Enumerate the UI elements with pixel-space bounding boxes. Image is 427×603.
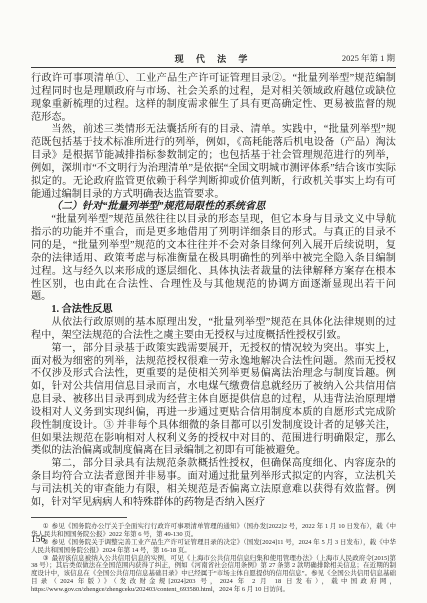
- footnote-item: ①参见《国务院办公厅关于全面实行行政许可事项清单管理的通知》（国办发[2022]…: [31, 523, 396, 539]
- issue-label: 2025 年第 1 期: [342, 52, 395, 64]
- article-body: 行政许可事项清单①、工业产品生产许可证管理目录②。“批量列举型”规范编制过程同时…: [31, 73, 396, 510]
- section-heading: （二）针对“批量列举型”规范局限性的系统省思: [31, 201, 396, 214]
- footnote-separator: [31, 517, 127, 518]
- footnote-text: 参见《国务院关于调整完善工业产品生产许可证管理目录的决定》（国发[2024]11…: [31, 539, 396, 554]
- paragraph: 从依法行政原则的基本原理出发，“批量列举型”规范在具体化法律规则的过程中，架空法…: [31, 317, 396, 343]
- paragraph-continuation: 行政许可事项清单①、工业产品生产许可证管理目录②。“批量列举型”规范编制过程同时…: [31, 73, 396, 124]
- footnote-text: 最初该信息被纳入公共信用信息的实例，可见《上海市公共信用信息归集和使用管理办法》…: [31, 555, 396, 594]
- page-number: 156: [31, 535, 45, 545]
- paragraph: “批量列举型”规范虽然往往以目录的形态呈现，但它本身与目录文义中导航指示的功能并…: [31, 214, 396, 304]
- footnote-text: 参见《国务院办公厅关于全面实行行政许可事项清单管理的通知》（国办发[2022]2…: [31, 523, 396, 538]
- footnote-marker: ③: [43, 555, 49, 562]
- header-rule: [31, 67, 396, 68]
- footnotes: ①参见《国务院办公厅关于全面实行行政许可事项清单管理的通知》（国办发[2022]…: [31, 523, 396, 595]
- footnote-marker: ①: [43, 523, 49, 530]
- footnote-item: ③最初该信息被纳入公共信用信息的实例，可见《上海市公共信用信息归集和使用管理办法…: [31, 555, 396, 595]
- footnote-item: ②参见《国务院关于调整完善工业产品生产许可证管理目录的决定》（国发[2024]1…: [31, 539, 396, 555]
- paragraph: 第一，部分目录基于政策实践需要展开，无授权的情况较为突出。事实上，面对极为细密的…: [31, 343, 396, 459]
- journal-page: 现 代 法 学 2025 年第 1 期 行政许可事项清单①、工业产品生产许可证管…: [0, 0, 427, 603]
- paragraph: 当然，前述三类情形无法囊括所有的目录、清单。实践中，“批量列举型”规范既包括基于…: [31, 124, 396, 201]
- page-header: 现 代 法 学 2025 年第 1 期: [31, 52, 396, 65]
- paragraph: 第二，部分目录具有法规范条款概括性授权，但确保高度细化、内容庞杂的条目均符合立法…: [31, 458, 396, 509]
- subsection-heading: 1. 合法性反思: [31, 304, 396, 317]
